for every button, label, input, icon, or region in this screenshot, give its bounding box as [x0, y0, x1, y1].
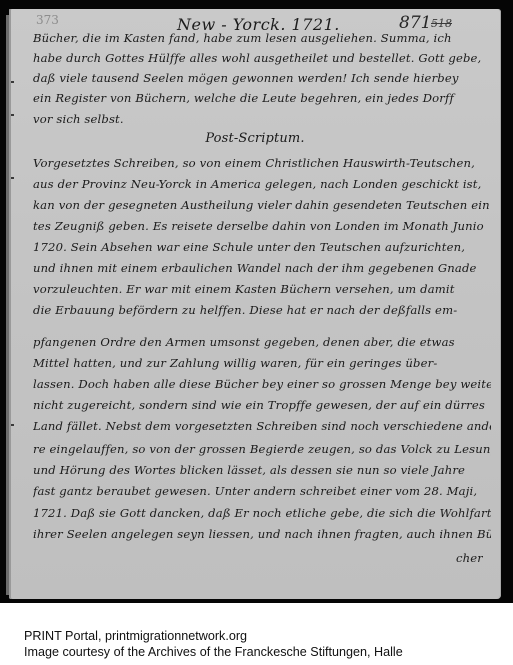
text-line: pfangenen Ordre den Armen umsonst gegebe…: [33, 335, 491, 349]
text-line: ein Register von Büchern, welche die Leu…: [33, 91, 491, 105]
text-line: aus der Provinz Neu-Yorck in America gel…: [33, 177, 491, 191]
margin-mark: [11, 81, 14, 83]
text-line: Mittel hatten, und zur Zahlung willig wa…: [33, 356, 491, 370]
catchword: cher: [456, 551, 483, 565]
text-line: nicht zugereicht, sondern sind wie ein T…: [33, 398, 491, 412]
text-line: ihrer Seelen angelegen seyn liessen, und…: [33, 527, 491, 541]
text-line: vor sich selbst.: [33, 112, 491, 126]
post-scriptum-heading: Post-Scriptum.: [9, 131, 501, 146]
margin-mark: [11, 114, 14, 116]
text-line: tes Zeugniß geben. Es reisete derselbe d…: [33, 219, 491, 233]
struck-catalog-number: 518: [431, 17, 452, 30]
catalog-number: 871: [399, 13, 431, 33]
manuscript-page: 373 New - Yorck. 1721. 871 518 Bücher, d…: [9, 9, 501, 599]
manuscript-scan: 373 New - Yorck. 1721. 871 518 Bücher, d…: [0, 0, 513, 603]
text-line: und Hörung des Wortes blicken lässet, al…: [33, 463, 491, 477]
text-line: Bücher, die im Kasten fand, habe zum les…: [33, 31, 491, 45]
caption-source: PRINT Portal, printmigrationnetwork.org: [24, 628, 403, 644]
text-line: vorzuleuchten. Er war mit einem Kasten B…: [33, 282, 491, 296]
text-line: Vorgesetztes Schreiben, so von einem Chr…: [33, 156, 491, 170]
text-line: die Erbauung befördern zu helffen. Diese…: [33, 303, 491, 317]
image-caption: PRINT Portal, printmigrationnetwork.org …: [24, 628, 403, 660]
caption-credit: Image courtesy of the Archives of the Fr…: [24, 644, 403, 660]
text-line: kan von der gesegneten Austheilung viele…: [33, 198, 491, 212]
text-line: und ihnen mit einem erbaulichen Wandel n…: [33, 261, 491, 275]
text-line: fast gantz beraubet gewesen. Unter ander…: [33, 484, 491, 498]
text-line: lassen. Doch haben alle diese Bücher bey…: [33, 377, 491, 391]
text-line: re eingelauffen, so von der grossen Begi…: [33, 442, 491, 456]
margin-mark: [11, 177, 14, 179]
text-line: daß viele tausend Seelen mögen gewonnen …: [33, 71, 491, 85]
text-line: 1721. Daß sie Gott dancken, daß Er noch …: [33, 506, 491, 520]
folio-number: 373: [36, 13, 59, 27]
text-line: habe durch Gottes Hülffe alles wohl ausg…: [33, 51, 491, 65]
margin-mark: [11, 424, 14, 426]
text-line: 1720. Sein Absehen war eine Schule unter…: [33, 240, 491, 254]
text-line: Land fället. Nebst dem vorgesetzten Schr…: [33, 419, 491, 433]
